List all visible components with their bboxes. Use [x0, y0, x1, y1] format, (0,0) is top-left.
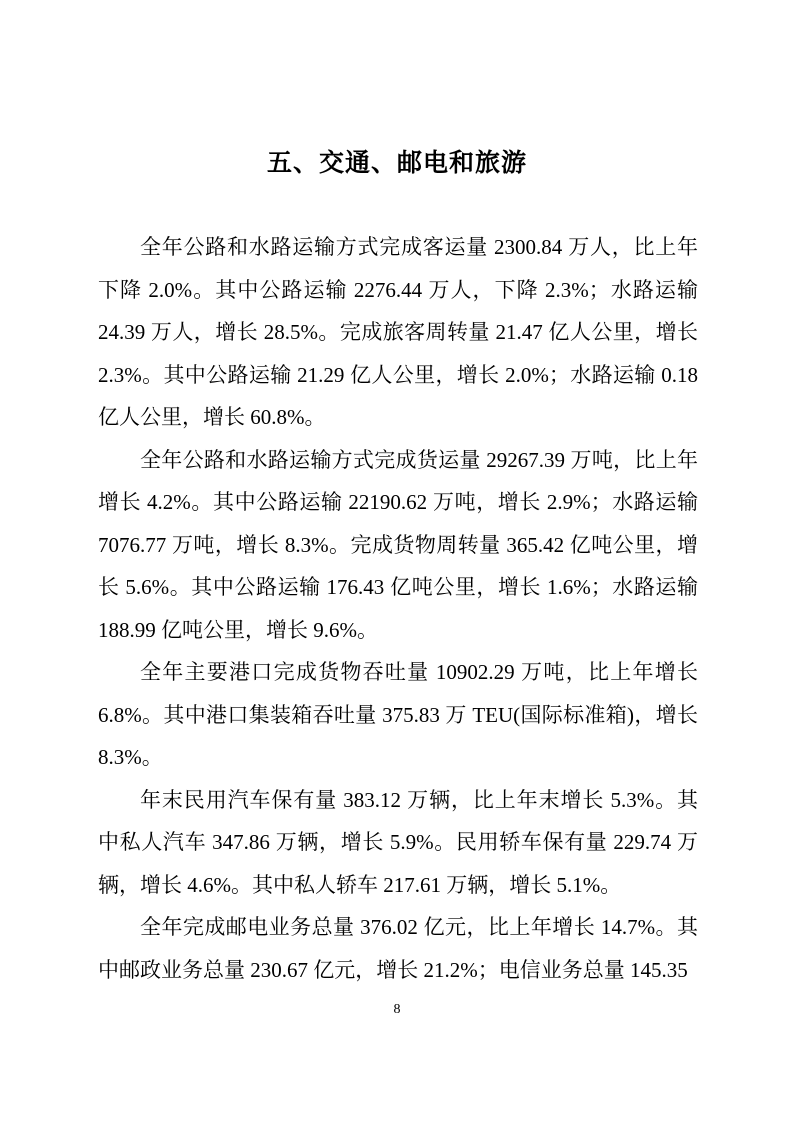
paragraph-passenger-transport: 全年公路和水路运输方式完成客运量 2300.84 万人，比上年下降 2.0%。其…: [98, 226, 698, 439]
section-title: 五、交通、邮电和旅游: [0, 143, 794, 179]
paragraph-civil-vehicles: 年末民用汽车保有量 383.12 万辆，比上年末增长 5.3%。其中私人汽车 3…: [98, 779, 698, 907]
paragraph-port-throughput: 全年主要港口完成货物吞吐量 10902.29 万吨，比上年增长 6.8%。其中港…: [98, 651, 698, 779]
document-page: 五、交通、邮电和旅游 全年公路和水路运输方式完成客运量 2300.84 万人，比…: [0, 0, 794, 1123]
body-text: 全年公路和水路运输方式完成客运量 2300.84 万人，比上年下降 2.0%。其…: [98, 226, 698, 991]
paragraph-post-telecom: 全年完成邮电业务总量 376.02 亿元，比上年增长 14.7%。其中邮政业务总…: [98, 906, 698, 991]
paragraph-freight-transport: 全年公路和水路运输方式完成货运量 29267.39 万吨，比上年增长 4.2%。…: [98, 439, 698, 652]
page-number: 8: [0, 1001, 794, 1019]
